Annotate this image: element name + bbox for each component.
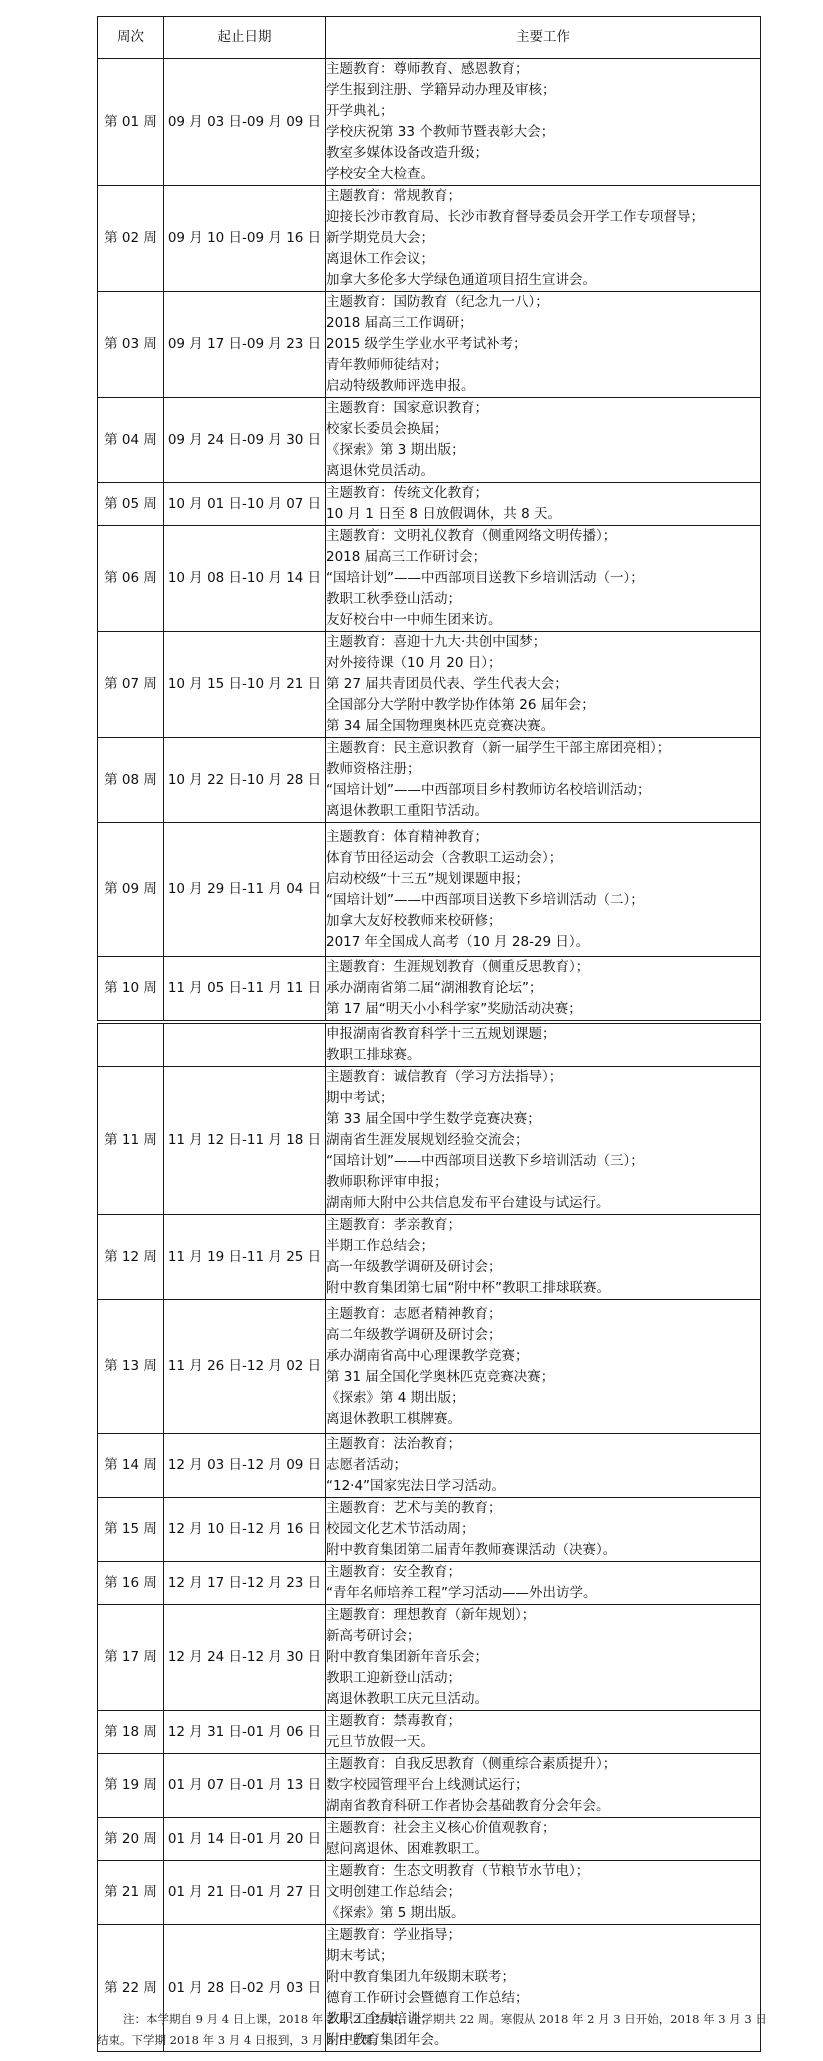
table-row: 第 14 周12 月 03 日-12 月 09 日主题教育：法治教育；志愿者活动… xyxy=(98,1434,761,1498)
work-item: 加拿大多伦多大学绿色通道项目招生宣讲会。 xyxy=(326,270,760,291)
date-range-cell: 01 月 07 日-01 月 13 日 xyxy=(164,1754,326,1818)
work-items-cell: 主题教育：体育精神教育；体育节田径运动会（含教职工运动会）；启动校级“十三五”规… xyxy=(326,823,761,957)
week-cell: 第 10 周 xyxy=(98,957,164,1023)
work-item: 主题教育：学业指导； xyxy=(326,1925,760,1946)
work-items-cell: 主题教育：国防教育（纪念九一八）；2018 届高三工作调研；2015 级学生学业… xyxy=(326,292,761,398)
work-items-cell: 主题教育：安全教育；“青年名师培养工程”学习活动——外出访学。 xyxy=(326,1562,761,1605)
work-item: 附中教育集团第七届“附中杯”教职工排球联赛。 xyxy=(326,1278,760,1299)
date-range-cell: 10 月 15 日-10 月 21 日 xyxy=(164,632,326,738)
table-row-continuation: 申报湖南省教育科学十三五规划课题；教职工排球赛。 xyxy=(98,1022,761,1067)
table-row: 第 10 周11 月 05 日-11 月 11 日主题教育：生涯规划教育（侧重反… xyxy=(98,957,761,1023)
work-item: 教师资格注册； xyxy=(326,759,760,780)
date-range-cell: 12 月 31 日-01 月 06 日 xyxy=(164,1711,326,1754)
work-item: 教职工迎新登山活动； xyxy=(326,1668,760,1689)
work-item: 第 33 届全国中学生数学竞赛决赛； xyxy=(326,1109,760,1130)
work-item: 主题教育：安全教育； xyxy=(326,1562,760,1583)
work-items-cell: 主题教育：生态文明教育（节粮节水节电）；文明创建工作总结会；《探索》第 5 期出… xyxy=(326,1861,761,1925)
week-cell xyxy=(98,1022,164,1067)
work-items-cell: 主题教育：理想教育（新年规划）；新高考研讨会；附中教育集团新年音乐会；教职工迎新… xyxy=(326,1605,761,1711)
work-item: 湖南省教育科研工作者协会基础教育分会年会。 xyxy=(326,1796,760,1817)
work-item: 主题教育：法治教育； xyxy=(326,1434,760,1455)
week-cell: 第 12 周 xyxy=(98,1215,164,1300)
date-range-cell: 09 月 10 日-09 月 16 日 xyxy=(164,186,326,292)
work-item: 新高考研讨会； xyxy=(326,1626,760,1647)
date-range-cell: 11 月 26 日-12 月 02 日 xyxy=(164,1300,326,1434)
week-cell: 第 21 周 xyxy=(98,1861,164,1925)
week-cell: 第 04 周 xyxy=(98,398,164,483)
date-range-cell: 01 月 21 日-01 月 27 日 xyxy=(164,1861,326,1925)
work-item: 附中教育集团九年级期末联考； xyxy=(326,1967,760,1988)
table-header-row: 周次 起止日期 主要工作 xyxy=(98,17,761,59)
footnote-text: 注：本学期自 9 月 4 日上课，2018 年 2 月 2 日结束，全学期共 2… xyxy=(97,2009,767,2051)
work-item: 离退休工作会议； xyxy=(326,249,760,270)
week-cell: 第 18 周 xyxy=(98,1711,164,1754)
work-items-cell: 主题教育：孝亲教育；半期工作总结会；高一年级教学调研及研讨会；附中教育集团第七届… xyxy=(326,1215,761,1300)
work-item: 2015 级学生学业水平考试补考； xyxy=(326,334,760,355)
work-item: 元旦节放假一天。 xyxy=(326,1732,760,1753)
work-items-cell: 主题教育：国家意识教育；校家长委员会换届；《探索》第 3 期出版；离退休党员活动… xyxy=(326,398,761,483)
work-item: 离退休教职工棋牌赛。 xyxy=(326,1409,760,1430)
work-item: 新学期党员大会； xyxy=(326,228,760,249)
work-item: 10 月 1 日至 8 日放假调休，共 8 天。 xyxy=(326,504,760,525)
date-range-cell: 10 月 29 日-11 月 04 日 xyxy=(164,823,326,957)
work-items-cell: 主题教育：传统文化教育；10 月 1 日至 8 日放假调休，共 8 天。 xyxy=(326,483,761,526)
work-item: 《探索》第 5 期出版。 xyxy=(326,1903,760,1924)
work-items-cell: 主题教育：尊师教育、感恩教育；学生报到注册、学籍异动办理及审核；开学典礼；学校庆… xyxy=(326,59,761,186)
work-item: 加拿大友好校教师来校研修； xyxy=(326,911,760,932)
work-item: 教职工排球赛。 xyxy=(326,1045,760,1066)
work-item: 数字校园管理平台上线测试运行； xyxy=(326,1775,760,1796)
work-items-cell: 主题教育：法治教育；志愿者活动；“12·4”国家宪法日学习活动。 xyxy=(326,1434,761,1498)
table-row: 第 17 周12 月 24 日-12 月 30 日主题教育：理想教育（新年规划）… xyxy=(98,1605,761,1711)
table-row: 第 12 周11 月 19 日-11 月 25 日主题教育：孝亲教育；半期工作总… xyxy=(98,1215,761,1300)
date-range-cell: 12 月 03 日-12 月 09 日 xyxy=(164,1434,326,1498)
date-range-cell: 11 月 19 日-11 月 25 日 xyxy=(164,1215,326,1300)
work-item: 离退休教职工庆元旦活动。 xyxy=(326,1689,760,1710)
table-row: 第 20 周01 月 14 日-01 月 20 日主题教育：社会主义核心价值观教… xyxy=(98,1818,761,1861)
week-cell: 第 03 周 xyxy=(98,292,164,398)
week-cell: 第 05 周 xyxy=(98,483,164,526)
work-item: 校家长委员会换届； xyxy=(326,419,760,440)
work-item: 高一年级教学调研及研讨会； xyxy=(326,1257,760,1278)
work-item: 主题教育：传统文化教育； xyxy=(326,483,760,504)
work-items-cell: 主题教育：常规教育；迎接长沙市教育局、长沙市教育督导委员会开学工作专项督导；新学… xyxy=(326,186,761,292)
work-item: “青年名师培养工程”学习活动——外出访学。 xyxy=(326,1583,760,1604)
table-row: 第 19 周01 月 07 日-01 月 13 日主题教育：自我反思教育（侧重综… xyxy=(98,1754,761,1818)
footnote: 注：本学期自 9 月 4 日上课，2018 年 2 月 2 日结束，全学期共 2… xyxy=(97,2009,767,2051)
work-item: 2017 年全国成人高考（10 月 28-29 日）。 xyxy=(326,932,760,953)
work-item: 2018 届高三工作研讨会； xyxy=(326,547,760,568)
date-range-cell: 10 月 01 日-10 月 07 日 xyxy=(164,483,326,526)
work-item: 主题教育：禁毒教育； xyxy=(326,1711,760,1732)
work-item: 附中教育集团新年音乐会； xyxy=(326,1647,760,1668)
work-items-cell: 主题教育：禁毒教育；元旦节放假一天。 xyxy=(326,1711,761,1754)
work-item: 第 17 届“明天小小科学家”奖励活动决赛； xyxy=(326,999,760,1020)
header-work: 主要工作 xyxy=(326,17,761,59)
date-range-cell: 11 月 12 日-11 月 18 日 xyxy=(164,1067,326,1215)
week-cell: 第 02 周 xyxy=(98,186,164,292)
work-item: 主题教育：国家意识教育； xyxy=(326,398,760,419)
work-item: 青年教师师徒结对； xyxy=(326,355,760,376)
work-item: 教师职称评审申报； xyxy=(326,1172,760,1193)
work-items-cell: 主题教育：生涯规划教育（侧重反思教育）；承办湖南省第二届“湖湘教育论坛”；第 1… xyxy=(326,957,761,1023)
work-item: 承办湖南省第二届“湖湘教育论坛”； xyxy=(326,978,760,999)
table-body: 第 01 周09 月 03 日-09 月 09 日主题教育：尊师教育、感恩教育；… xyxy=(98,59,761,2052)
work-item: 全国部分大学附中教学协作体第 26 届年会； xyxy=(326,695,760,716)
work-item: “国培计划”——中西部项目乡村教师访名校培训活动； xyxy=(326,780,760,801)
date-range-cell: 12 月 10 日-12 月 16 日 xyxy=(164,1498,326,1562)
date-range-cell: 10 月 08 日-10 月 14 日 xyxy=(164,526,326,632)
date-range-cell: 09 月 24 日-09 月 30 日 xyxy=(164,398,326,483)
table-row: 第 01 周09 月 03 日-09 月 09 日主题教育：尊师教育、感恩教育；… xyxy=(98,59,761,186)
week-cell: 第 01 周 xyxy=(98,59,164,186)
work-item: 主题教育：志愿者精神教育； xyxy=(326,1304,760,1325)
work-item: 德育工作研讨会暨德育工作总结； xyxy=(326,1988,760,2009)
work-plan-sheet: 周次 起止日期 主要工作 第 01 周09 月 03 日-09 月 09 日主题… xyxy=(97,16,760,2052)
work-item: 主题教育：社会主义核心价值观教育； xyxy=(326,1818,760,1839)
week-cell: 第 13 周 xyxy=(98,1300,164,1434)
date-range-cell xyxy=(164,1022,326,1067)
week-cell: 第 07 周 xyxy=(98,632,164,738)
table-row: 第 04 周09 月 24 日-09 月 30 日主题教育：国家意识教育；校家长… xyxy=(98,398,761,483)
work-item: 主题教育：理想教育（新年规划）； xyxy=(326,1605,760,1626)
work-item: 承办湖南省高中心理课教学竞赛； xyxy=(326,1346,760,1367)
table-row: 第 13 周11 月 26 日-12 月 02 日主题教育：志愿者精神教育；高二… xyxy=(98,1300,761,1434)
work-items-cell: 主题教育：民主意识教育（新一届学生干部主席团亮相）；教师资格注册；“国培计划”—… xyxy=(326,738,761,823)
work-item: 期末考试； xyxy=(326,1946,760,1967)
date-range-cell: 01 月 14 日-01 月 20 日 xyxy=(164,1818,326,1861)
work-item: 第 27 届共青团员代表、学生代表大会； xyxy=(326,674,760,695)
date-range-cell: 12 月 17 日-12 月 23 日 xyxy=(164,1562,326,1605)
work-item: 半期工作总结会； xyxy=(326,1236,760,1257)
table-row: 第 05 周10 月 01 日-10 月 07 日主题教育：传统文化教育；10 … xyxy=(98,483,761,526)
work-items-cell: 主题教育：自我反思教育（侧重综合素质提升）；数字校园管理平台上线测试运行；湖南省… xyxy=(326,1754,761,1818)
work-item: 主题教育：孝亲教育； xyxy=(326,1215,760,1236)
work-item: 《探索》第 4 期出版； xyxy=(326,1388,760,1409)
work-item: 湖南师大附中公共信息发布平台建设与试运行。 xyxy=(326,1193,760,1214)
work-item: 文明创建工作总结会； xyxy=(326,1882,760,1903)
work-item: 体育节田径运动会（含教职工运动会）； xyxy=(326,848,760,869)
table-row: 第 07 周10 月 15 日-10 月 21 日主题教育：喜迎十九大·共创中国… xyxy=(98,632,761,738)
week-cell: 第 08 周 xyxy=(98,738,164,823)
week-cell: 第 20 周 xyxy=(98,1818,164,1861)
work-item: 主题教育：国防教育（纪念九一八）； xyxy=(326,292,760,313)
work-item: 主题教育：喜迎十九大·共创中国梦； xyxy=(326,632,760,653)
work-item: 第 34 届全国物理奥林匹克竞赛决赛。 xyxy=(326,716,760,737)
work-item: 教室多媒体设备改造升级； xyxy=(326,143,760,164)
table-row: 第 21 周01 月 21 日-01 月 27 日主题教育：生态文明教育（节粮节… xyxy=(98,1861,761,1925)
work-item: 主题教育：自我反思教育（侧重综合素质提升）； xyxy=(326,1754,760,1775)
table-row: 第 18 周12 月 31 日-01 月 06 日主题教育：禁毒教育；元旦节放假… xyxy=(98,1711,761,1754)
work-item: 湖南省生涯发展规划经验交流会； xyxy=(326,1130,760,1151)
weekly-work-plan-table: 周次 起止日期 主要工作 第 01 周09 月 03 日-09 月 09 日主题… xyxy=(97,16,761,2052)
work-item: 友好校台中一中师生团来访。 xyxy=(326,610,760,631)
work-item: 主题教育：诚信教育（学习方法指导）； xyxy=(326,1067,760,1088)
work-item: “国培计划”——中西部项目送教下乡培训活动（二）； xyxy=(326,890,760,911)
date-range-cell: 11 月 05 日-11 月 11 日 xyxy=(164,957,326,1023)
work-items-cell: 主题教育：诚信教育（学习方法指导）；期中考试；第 33 届全国中学生数学竞赛决赛… xyxy=(326,1067,761,1215)
work-item: 学校安全大检查。 xyxy=(326,164,760,185)
work-item: 主题教育：文明礼仪教育（侧重网络文明传播）； xyxy=(326,526,760,547)
date-range-cell: 10 月 22 日-10 月 28 日 xyxy=(164,738,326,823)
work-item: 开学典礼； xyxy=(326,101,760,122)
work-item: “12·4”国家宪法日学习活动。 xyxy=(326,1476,760,1497)
work-item: “国培计划”——中西部项目送教下乡培训活动（三）； xyxy=(326,1151,760,1172)
table-row: 第 08 周10 月 22 日-10 月 28 日主题教育：民主意识教育（新一届… xyxy=(98,738,761,823)
table-row: 第 09 周10 月 29 日-11 月 04 日主题教育：体育精神教育；体育节… xyxy=(98,823,761,957)
table-row: 第 03 周09 月 17 日-09 月 23 日主题教育：国防教育（纪念九一八… xyxy=(98,292,761,398)
week-cell: 第 17 周 xyxy=(98,1605,164,1711)
work-item: 《探索》第 3 期出版； xyxy=(326,440,760,461)
table-row: 第 02 周09 月 10 日-09 月 16 日主题教育：常规教育；迎接长沙市… xyxy=(98,186,761,292)
work-item: 校园文化艺术节活动周； xyxy=(326,1519,760,1540)
header-week: 周次 xyxy=(98,17,164,59)
work-item: 离退休教职工重阳节活动。 xyxy=(326,801,760,822)
work-item: 学校庆祝第 33 个教师节暨表彰大会； xyxy=(326,122,760,143)
week-cell: 第 15 周 xyxy=(98,1498,164,1562)
work-item: 高二年级教学调研及研讨会； xyxy=(326,1325,760,1346)
work-item: 第 31 届全国化学奥林匹克竞赛决赛； xyxy=(326,1367,760,1388)
work-item: 迎接长沙市教育局、长沙市教育督导委员会开学工作专项督导； xyxy=(326,207,760,228)
work-item: 申报湖南省教育科学十三五规划课题； xyxy=(326,1024,760,1045)
work-item: 启动校级“十三五”规划课题申报； xyxy=(326,869,760,890)
table-row: 第 06 周10 月 08 日-10 月 14 日主题教育：文明礼仪教育（侧重网… xyxy=(98,526,761,632)
table-row: 第 16 周12 月 17 日-12 月 23 日主题教育：安全教育；“青年名师… xyxy=(98,1562,761,1605)
date-range-cell: 09 月 03 日-09 月 09 日 xyxy=(164,59,326,186)
work-item: 附中教育集团第二届青年教师赛课活动（决赛）。 xyxy=(326,1540,760,1561)
date-range-cell: 12 月 24 日-12 月 30 日 xyxy=(164,1605,326,1711)
work-item: 主题教育：生态文明教育（节粮节水节电）； xyxy=(326,1861,760,1882)
table-row: 第 11 周11 月 12 日-11 月 18 日主题教育：诚信教育（学习方法指… xyxy=(98,1067,761,1215)
work-items-cell: 主题教育：艺术与美的教育；校园文化艺术节活动周；附中教育集团第二届青年教师赛课活… xyxy=(326,1498,761,1562)
header-dates: 起止日期 xyxy=(164,17,326,59)
work-items-cell: 主题教育：文明礼仪教育（侧重网络文明传播）；2018 届高三工作研讨会；“国培计… xyxy=(326,526,761,632)
work-item: 主题教育：艺术与美的教育； xyxy=(326,1498,760,1519)
work-item: 志愿者活动； xyxy=(326,1455,760,1476)
work-item: 主题教育：体育精神教育； xyxy=(326,827,760,848)
work-item: 主题教育：常规教育； xyxy=(326,186,760,207)
work-item: 2018 届高三工作调研； xyxy=(326,313,760,334)
work-items-cell: 主题教育：社会主义核心价值观教育；慰问离退休、困难教职工。 xyxy=(326,1818,761,1861)
week-cell: 第 19 周 xyxy=(98,1754,164,1818)
week-cell: 第 14 周 xyxy=(98,1434,164,1498)
week-cell: 第 11 周 xyxy=(98,1067,164,1215)
work-item: 慰问离退休、困难教职工。 xyxy=(326,1839,760,1860)
table-row: 第 15 周12 月 10 日-12 月 16 日主题教育：艺术与美的教育；校园… xyxy=(98,1498,761,1562)
work-item: 主题教育：民主意识教育（新一届学生干部主席团亮相）； xyxy=(326,738,760,759)
work-item: 主题教育：尊师教育、感恩教育； xyxy=(326,59,760,80)
work-item: 学生报到注册、学籍异动办理及审核； xyxy=(326,80,760,101)
work-item: 教职工秋季登山活动； xyxy=(326,589,760,610)
work-items-cell: 主题教育：喜迎十九大·共创中国梦；对外接待课（10 月 20 日）；第 27 届… xyxy=(326,632,761,738)
work-item: 对外接待课（10 月 20 日）； xyxy=(326,653,760,674)
work-item: 启动特级教师评选申报。 xyxy=(326,376,760,397)
date-range-cell: 09 月 17 日-09 月 23 日 xyxy=(164,292,326,398)
week-cell: 第 06 周 xyxy=(98,526,164,632)
work-item: “国培计划”——中西部项目送教下乡培训活动（一）； xyxy=(326,568,760,589)
work-items-cell: 申报湖南省教育科学十三五规划课题；教职工排球赛。 xyxy=(326,1022,761,1067)
week-cell: 第 09 周 xyxy=(98,823,164,957)
work-item: 期中考试； xyxy=(326,1088,760,1109)
work-item: 离退休党员活动。 xyxy=(326,461,760,482)
week-cell: 第 16 周 xyxy=(98,1562,164,1605)
work-item: 主题教育：生涯规划教育（侧重反思教育）； xyxy=(326,957,760,978)
work-items-cell: 主题教育：志愿者精神教育；高二年级教学调研及研讨会；承办湖南省高中心理课教学竞赛… xyxy=(326,1300,761,1434)
